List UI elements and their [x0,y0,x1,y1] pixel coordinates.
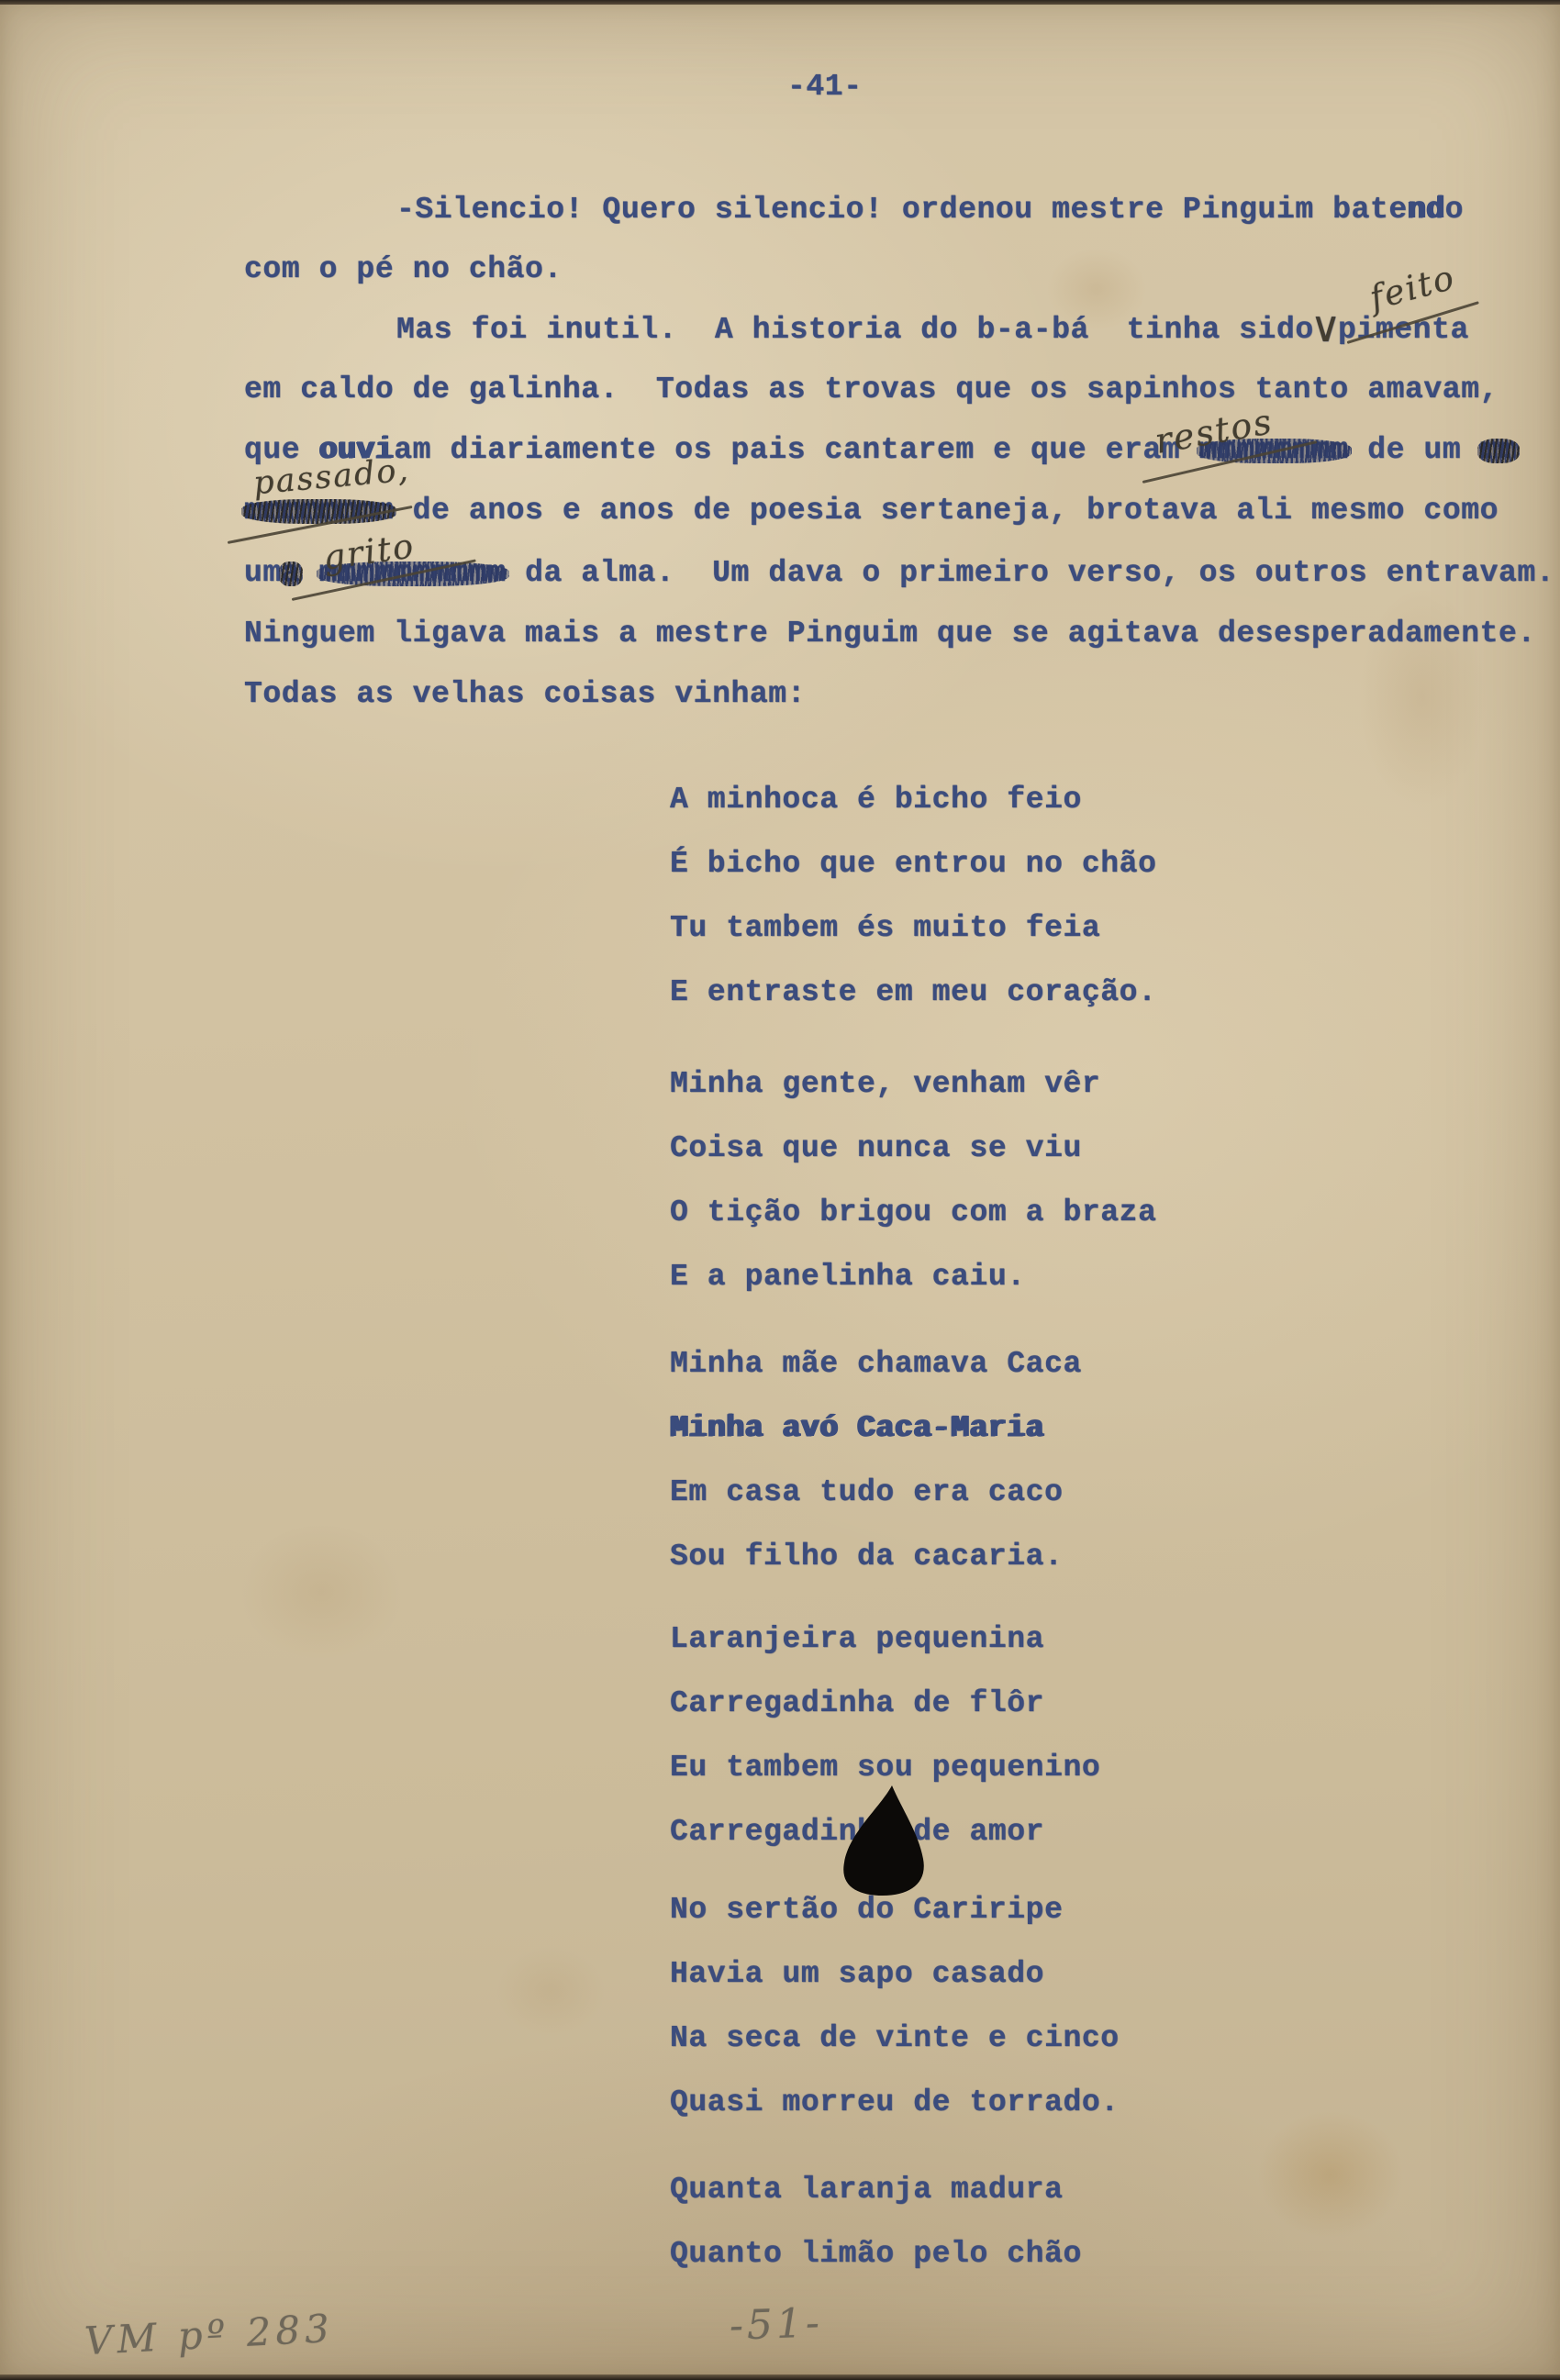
typed-line: mmmmmmmm de anos e anos de poesia sertan… [244,494,1499,528]
paper-stain [239,1523,404,1661]
scan-edge-bottom [0,2374,1560,2380]
poem-line: Minha gente, venham vêr [670,1067,1100,1101]
poem-line: No sertão do Cariripe [670,1893,1063,1927]
archive-mark-pencil: VM pº 283 [84,2306,335,2363]
handwritten-insert-feito: feito [1365,257,1459,317]
overstruck-text: nd [1408,193,1445,227]
typed-line: que ouviam diariamente os pais cantarem … [244,433,1517,467]
poem-line: Sou filho da cacaria. [670,1540,1063,1574]
paper-stain [1257,2110,1404,2239]
typed-text: de anos e anos de poesia sertaneja, brot… [394,494,1499,528]
poem-line: Minha mãe chamava Caca [670,1347,1082,1381]
poem-line: Tu tambem és muito feia [670,911,1100,945]
poem-line: Na seca de vinte e cinco [670,2021,1120,2055]
poem-line: Laranjeira pequenina [670,1622,1044,1656]
page-number-top: -41- [787,70,863,104]
poem-line: Carregadinha de flôr [670,1686,1044,1720]
typed-text: pimenta [1338,313,1469,347]
poem-line: E a panelinha caiu. [670,1260,1026,1294]
poem-line: Eu tambem sou pequenino [670,1751,1100,1785]
poem-line: Coisa que nunca se viu [670,1131,1082,1165]
manuscript-page: -41- -Silencio! Quero silencio! ordenou … [0,0,1560,2380]
ink-blot [840,1785,928,1896]
poem-line: Minha avó Caca-Maria [670,1411,1044,1445]
page-number-bottom-pencil: -51- [729,2299,823,2350]
typed-text: de um [1349,433,1480,467]
typed-text: am diariamente os pais cantarem e que er… [394,433,1198,467]
typed-text: da alma. Um dava o primeiro verso, os ou… [507,556,1555,590]
poem-line: Quanto limão pelo chão [670,2237,1082,2271]
poem-line: Em casa tudo era caco [670,1475,1063,1509]
typed-line: uma mmmmmmmmmm da alma. Um dava o primei… [244,556,1554,590]
poem-line: O tição brigou com a braza [670,1196,1156,1229]
typed-line: Mas foi inutil. A historia do b-a-bá tin… [396,313,1469,347]
poem-line: Quasi morreu de torrado. [670,2085,1120,2119]
typed-text: um [244,556,282,590]
poem-line: Havia um sapo casado [670,1957,1044,1991]
scribbled-out-mark: mm [1480,433,1518,467]
scan-edge-top [0,0,1560,5]
poem-line: Quanta laranja madura [670,2173,1063,2207]
poem-line: E entraste em meu coração. [670,975,1156,1009]
scribbled-out-letter: a [282,556,300,590]
typed-text: o [1445,193,1464,227]
typed-line: com o pé no chão. [244,252,563,286]
typed-line: em caldo de galinha. Todas as trovas que… [244,373,1499,406]
poem-line: É bicho que entrou no chão [670,847,1156,881]
typed-line: Todas as velhas coisas vinham: [244,677,806,711]
typed-text: Mas foi inutil. A historia do b-a-bá tin… [396,313,1314,347]
typed-text: -Silencio! Quero silencio! ordenou mestr… [396,193,1408,227]
typed-line: -Silencio! Quero silencio! ordenou mestr… [396,193,1464,227]
typed-line: Ninguem ligava mais a mestre Pinguim que… [244,617,1536,651]
poem-line: A minhoca é bicho feio [670,783,1082,817]
paper-stain [496,1945,606,2037]
